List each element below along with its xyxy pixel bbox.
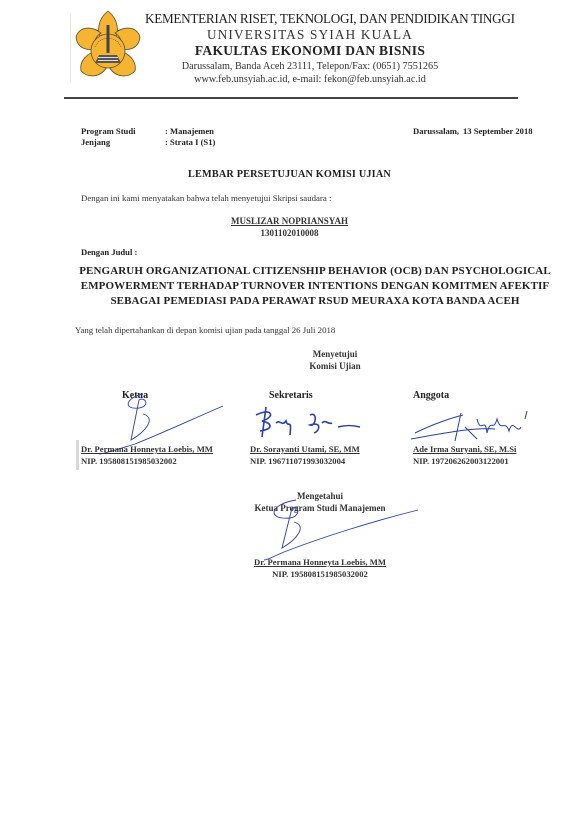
- level-label: Jenjang: [81, 137, 110, 147]
- intro-text: Dengan ini kami menyatakan bahwa telah m…: [81, 193, 331, 203]
- scan-edge-left: [76, 440, 79, 470]
- head-of-program-nip: NIP. 195808151985032002: [220, 569, 420, 579]
- thesis-title-line: SEBAGAI PEMEDIASI PADA PERAWAT RSUD MEUR…: [70, 294, 560, 309]
- signature-secretary-icon: [252, 405, 362, 440]
- thesis-label: Dengan Judul :: [81, 247, 137, 257]
- letter-date: 13 September 2018: [463, 126, 533, 136]
- faculty-address: Darussalam, Banda Aceh 23111, Telepon/Fa…: [145, 61, 475, 72]
- role-chair: Ketua: [122, 390, 148, 401]
- thesis-title-line: EMPOWERMENT TERHADAP TURNOVER INTENTIONS…: [70, 279, 560, 294]
- university-name: UNIVERSITAS SYIAH KUALA: [145, 27, 475, 43]
- member-nip: NIP. 197206262003122001: [413, 456, 509, 466]
- member-name: Ade Irma Suryani, SE, M.Si: [413, 444, 516, 454]
- student-id: 1301102010008: [0, 228, 579, 238]
- defense-statement: Yang telah dipertahankan di depan komisi…: [75, 325, 335, 335]
- university-emblem-icon: [71, 7, 145, 87]
- letter-place: Darussalam,: [413, 126, 459, 136]
- role-secretary: Sekretaris: [269, 390, 313, 401]
- thesis-title-line: PENGARUH ORGANIZATIONAL CITIZENSHIP BEHA…: [70, 264, 560, 279]
- header-divider: [64, 97, 518, 99]
- secretary-name: Dr. Sorayanti Utami, SE, MM: [250, 444, 360, 454]
- chair-name: Dr. Permana Honneyta Loebis, MM: [81, 444, 213, 454]
- ministry-name: KEMENTERIAN RISET, TEKNOLOGI, DAN PENDID…: [145, 11, 475, 27]
- secretary-nip: NIP. 196711071993032004: [250, 456, 345, 466]
- student-name: MUSLIZAR NOPRIANSYAH: [0, 216, 579, 226]
- approval-committee: Komisi Ujian: [240, 361, 430, 371]
- program-value: : Manajemen: [165, 126, 214, 136]
- role-member: Anggota: [413, 390, 449, 401]
- acknowledgement-heading: Mengetahui: [220, 491, 420, 501]
- document-title: LEMBAR PERSETUJUAN KOMISI UJIAN: [0, 169, 579, 180]
- chair-nip: NIP. 195808151985032002: [81, 456, 177, 466]
- student-name-text: MUSLIZAR NOPRIANSYAH: [231, 216, 348, 226]
- faculty-contact: www.feb.unsyiah.ac.id, e-mail: fekon@feb…: [145, 74, 475, 85]
- approval-heading: Menyetujui: [240, 349, 430, 359]
- thesis-title: PENGARUH ORGANIZATIONAL CITIZENSHIP BEHA…: [70, 264, 560, 309]
- level-value: : Strata I (S1): [165, 137, 215, 147]
- program-label: Program Studi: [81, 126, 136, 136]
- signature-member-icon: [405, 405, 540, 443]
- faculty-name: FAKULTAS EKONOMI DAN BISNIS: [145, 43, 475, 59]
- head-of-program-name: Dr. Permana Honneyta Loebis, MM: [220, 557, 420, 567]
- acknowledgement-role: Ketua Program Studi Manajemen: [220, 503, 420, 513]
